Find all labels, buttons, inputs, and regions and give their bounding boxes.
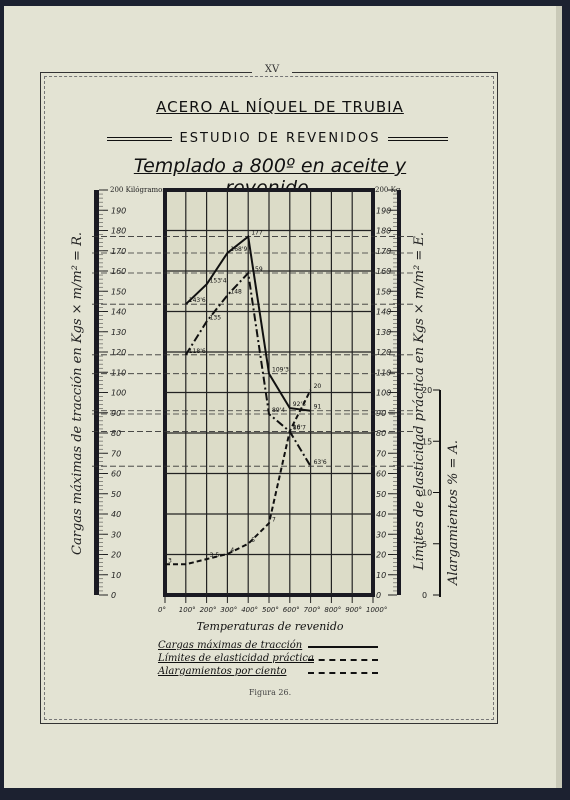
- point-label: 89'4: [272, 407, 285, 414]
- right-tick-label: 180: [376, 227, 391, 236]
- left-tick-label: 170: [111, 247, 126, 256]
- chart-svg: 0102030405060708090100110120130140150160…: [0, 0, 570, 800]
- left-tick-label: 50: [111, 490, 121, 499]
- point-label: 3: [168, 557, 172, 564]
- right-tick-label: 90: [376, 409, 386, 418]
- left-ruler: [94, 190, 99, 595]
- left-tick-label: 130: [111, 328, 126, 337]
- x-tick-label: 500°: [262, 606, 279, 614]
- left-tick-label: 90: [111, 409, 121, 418]
- x-tick-label: 600°: [283, 606, 300, 614]
- left-tick-label: 60: [111, 470, 121, 479]
- right-tick-label: 20: [376, 551, 386, 560]
- far-right-axis-label: Alargamientos % = A.: [446, 440, 461, 585]
- right-tick-label: 50: [376, 490, 386, 499]
- point-label: 177: [251, 230, 263, 237]
- right-tick-label: 40: [376, 510, 386, 519]
- right-tick-label: 0: [376, 591, 381, 600]
- right-tick-label: 80: [376, 429, 386, 438]
- x-tick-label: 800°: [324, 606, 341, 614]
- left-tick-label: 30: [111, 530, 121, 539]
- x-tick-label: 1000°: [366, 606, 387, 614]
- point-label: 20: [314, 383, 322, 390]
- x-tick-label: 300°: [220, 606, 237, 614]
- right-tick-label: 130: [376, 328, 391, 337]
- right-tick-label: 140: [376, 308, 391, 317]
- point-label: 91: [314, 404, 322, 411]
- legend-item-r: Cargas máximas de tracción: [158, 640, 388, 653]
- dashdot-line-swatch: [308, 659, 378, 661]
- left-tick-label: 160: [111, 267, 126, 276]
- point-label: 168'9: [230, 246, 247, 253]
- right-tick-label: 100: [376, 389, 391, 398]
- point-label: 148: [230, 288, 242, 295]
- right-ruler: [397, 190, 401, 595]
- right-tick-label: 60: [376, 470, 386, 479]
- point-label: 118'6: [189, 348, 206, 355]
- left-tick-label: 140: [111, 308, 126, 317]
- right-tick-label: 190: [376, 206, 391, 215]
- left-tick-label: 80: [111, 429, 121, 438]
- point-label: 159: [251, 266, 263, 273]
- left-tick-label: 100: [111, 389, 126, 398]
- point-label: 16: [293, 424, 301, 431]
- x-tick-label: 200°: [200, 606, 217, 614]
- point-label: 4: [230, 547, 234, 554]
- right-tick-label: 120: [376, 348, 391, 357]
- left-tick-label: 150: [111, 287, 126, 296]
- left-tick-label: 10: [111, 571, 121, 580]
- x-axis-label: Temperaturas de revenido: [195, 620, 345, 633]
- a-tick-label: 0: [422, 591, 427, 600]
- point-label: 143'6: [189, 297, 206, 304]
- x-tick-label: 400°: [241, 606, 258, 614]
- point-label: 7: [272, 516, 276, 523]
- point-label: 109'3: [272, 367, 289, 374]
- point-label: 153'4: [210, 277, 227, 284]
- point-label: 63'6: [314, 459, 327, 466]
- right-axis-label: Límites de elasticidad práctica en Kgs ×…: [412, 232, 427, 570]
- right-tick-label: 110: [376, 368, 391, 377]
- solid-line-swatch: [308, 646, 378, 648]
- left-tick-label: 190: [111, 206, 126, 215]
- point-label: 3.5: [210, 552, 220, 559]
- legend: Cargas máximas de tracción Límites de el…: [158, 640, 388, 679]
- point-label: 135: [210, 315, 222, 322]
- dashed-line-swatch: [308, 672, 378, 674]
- left-tick-label: 70: [111, 449, 121, 458]
- left-tick-label: 180: [111, 227, 126, 236]
- right-tick-label: 170: [376, 247, 391, 256]
- x-tick-label: 0°: [158, 606, 166, 614]
- right-tick-label: 10: [376, 571, 386, 580]
- legend-item-a: Alargamientos por ciento: [158, 666, 388, 679]
- right-tick-label: 160: [376, 267, 391, 276]
- figure-caption: Figura 26.: [230, 688, 310, 697]
- legend-item-e: Límites de elasticidad práctica: [158, 653, 388, 666]
- left-axis-label: Cargas máximas de tracción en Kgs × m/m²…: [70, 232, 85, 555]
- right-tick-label: 70: [376, 449, 386, 458]
- right-tick-label: 30: [376, 530, 386, 539]
- point-label: 5: [251, 537, 255, 544]
- left-tick-label: 40: [111, 510, 121, 519]
- x-tick-label: 900°: [345, 606, 362, 614]
- x-tick-label: 700°: [304, 606, 321, 614]
- left-tick-label: 110: [111, 368, 126, 377]
- left-tick-label: 20: [111, 551, 121, 560]
- left-tick-label: 0: [111, 591, 116, 600]
- right-tick-label: 150: [376, 287, 391, 296]
- x-tick-label: 100°: [179, 606, 196, 614]
- left-tick-label: 120: [111, 348, 126, 357]
